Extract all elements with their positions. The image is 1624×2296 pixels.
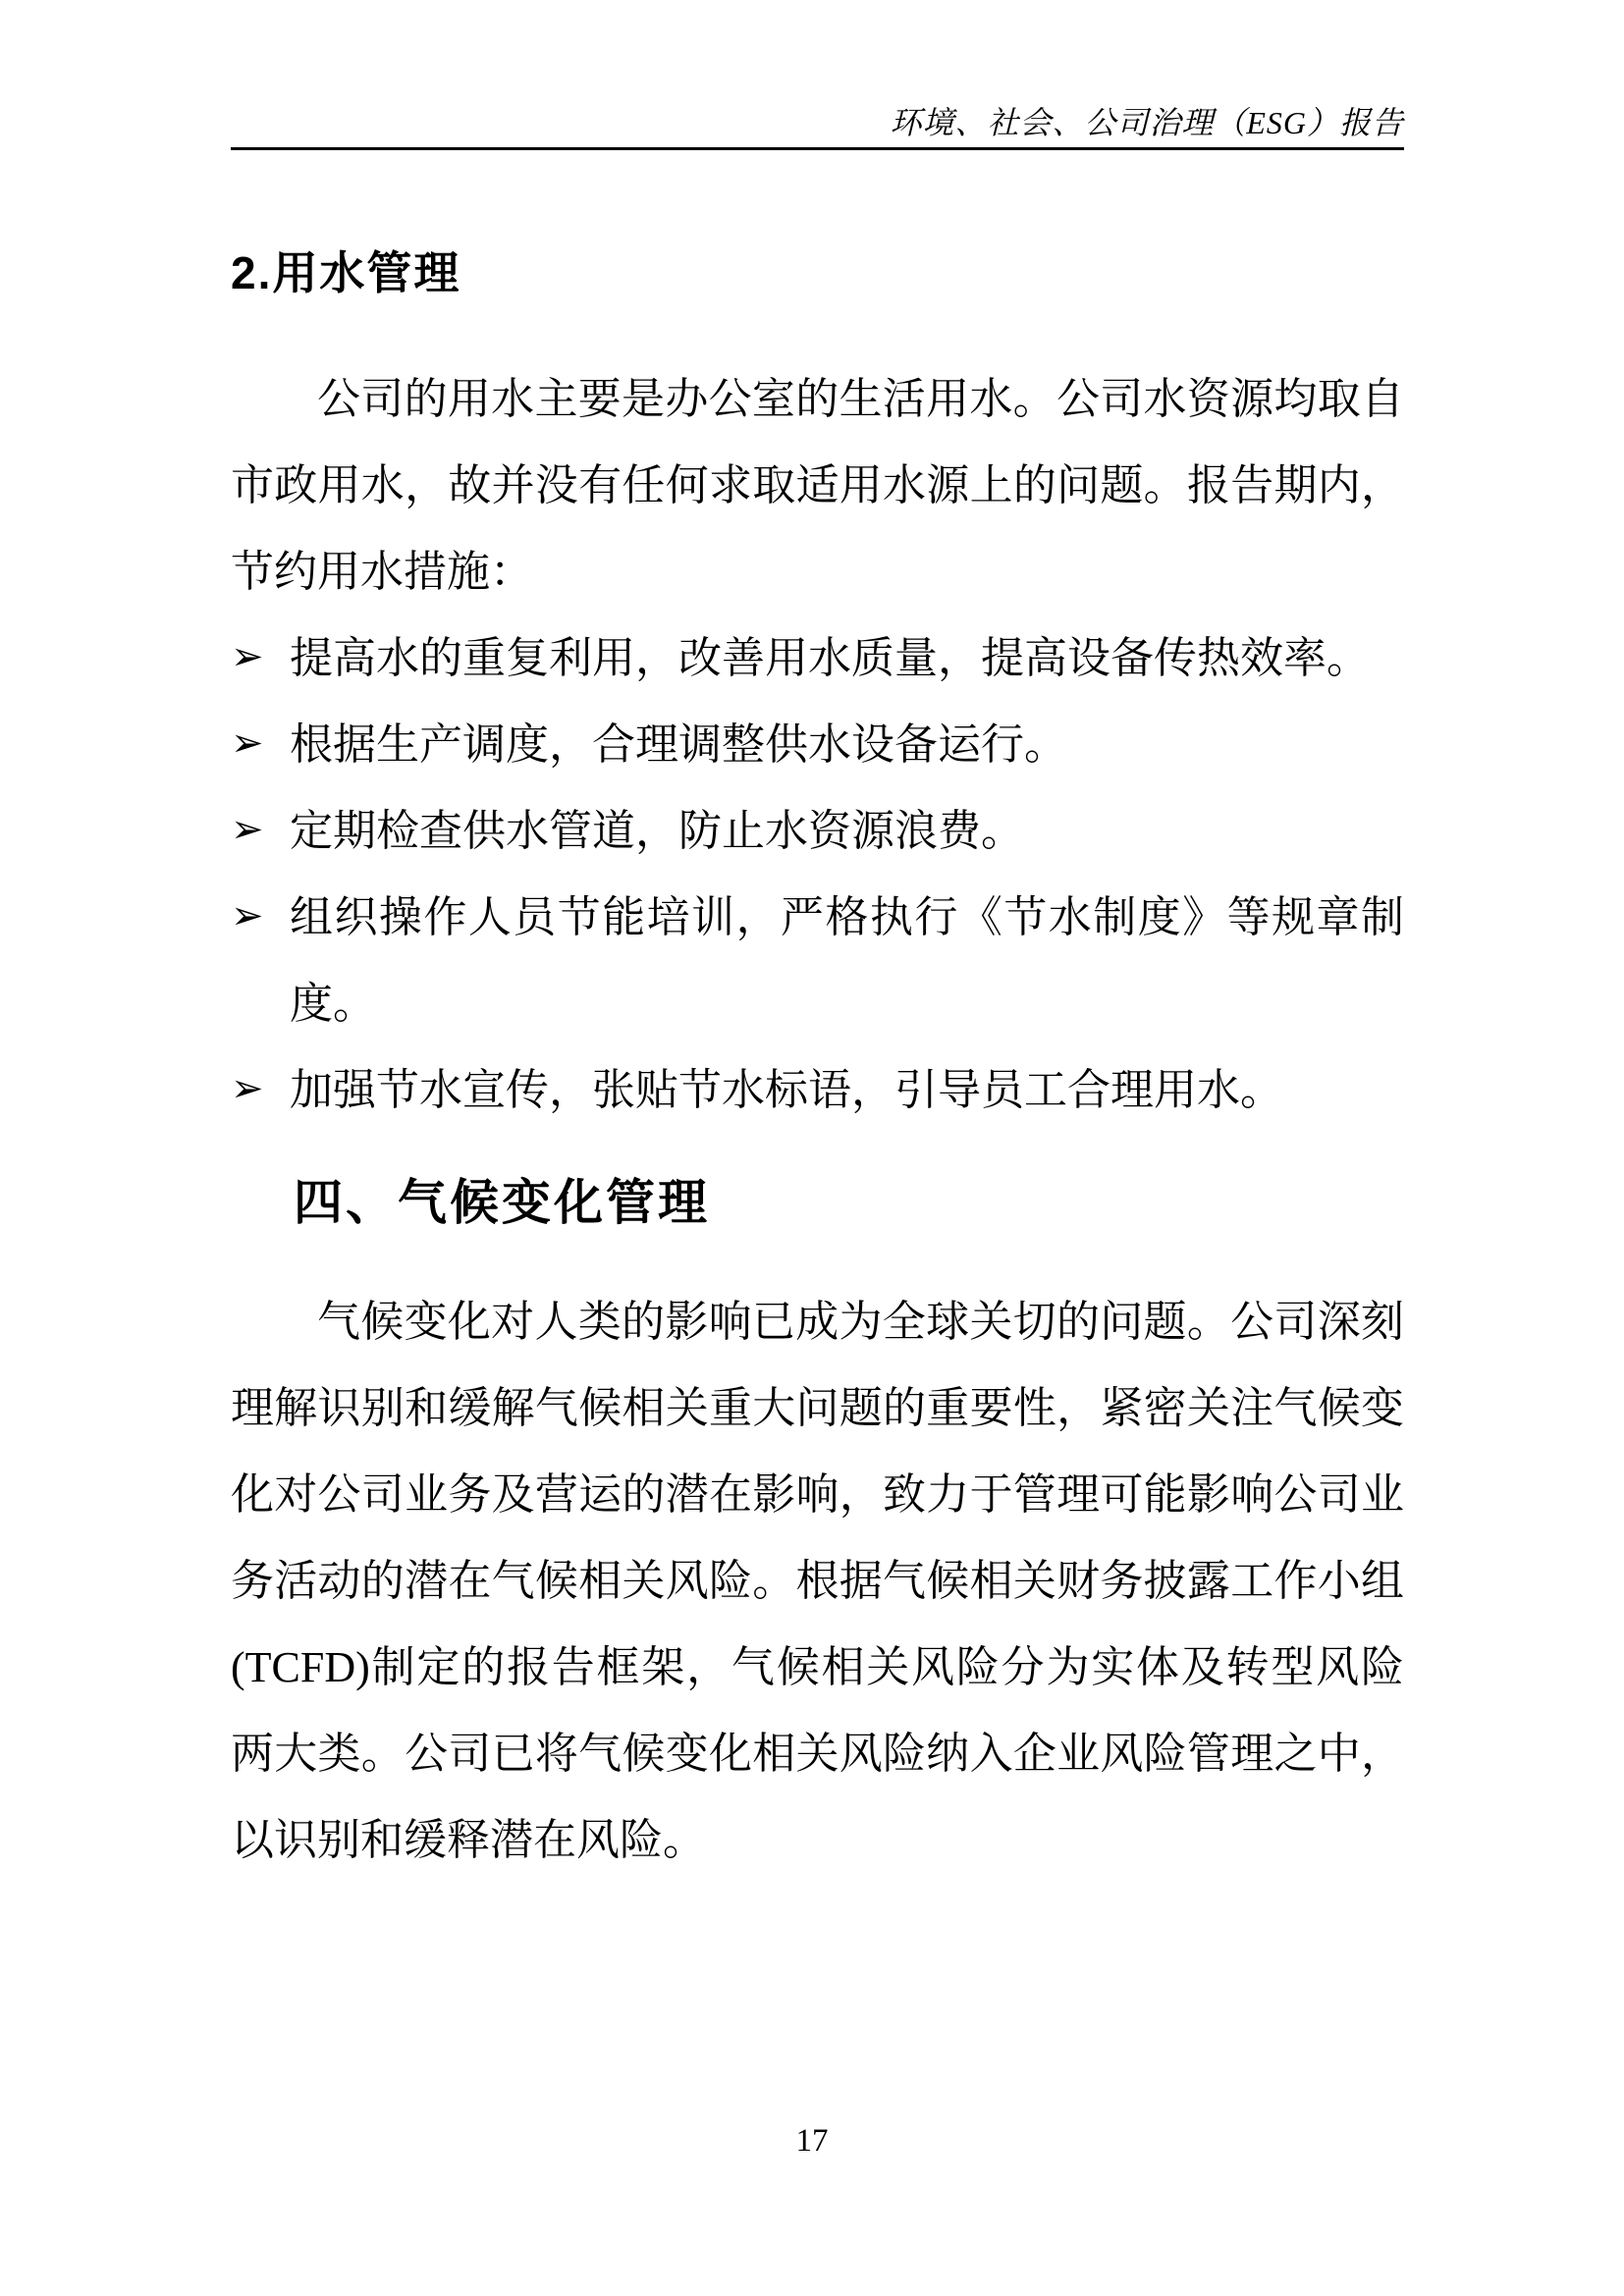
header-title: 环境、社会、公司治理（ESG）报告 [890,105,1404,140]
list-item: ➢ 组织操作人员节能培训，严格执行《节水制度》等规章制度。 [231,875,1404,1047]
arrow-bullet-icon: ➢ [231,1049,264,1128]
page-header: 环境、社会、公司治理（ESG）报告 [231,0,1404,150]
water-paragraph: 公司的用水主要是办公室的生活用水。公司水资源均取自市政用水，故并没有任何求取适用… [231,356,1404,615]
arrow-bullet-icon: ➢ [231,704,264,782]
list-item-text: 提高水的重复利用，改善用水质量，提高设备传热效率。 [290,634,1370,682]
page-number: 17 [796,2123,829,2159]
arrow-bullet-icon: ➢ [231,617,264,696]
list-item: ➢ 加强节水宣传，张贴节水标语，引导员工合理用水。 [231,1047,1404,1134]
list-item-text: 组织操作人员节能培训，严格执行《节水制度》等规章制度。 [290,893,1404,1028]
climate-paragraph: 气候变化对人类的影响已成为全球关切的问题。公司深刻理解识别和缓解气候相关重大问题… [231,1279,1404,1884]
list-item: ➢ 提高水的重复利用，改善用水质量，提高设备传热效率。 [231,615,1404,702]
page-content: 2.用水管理 公司的用水主要是办公室的生活用水。公司水资源均取自市政用水，故并没… [231,246,1404,1884]
document-page: 环境、社会、公司治理（ESG）报告 2.用水管理 公司的用水主要是办公室的生活用… [0,0,1624,2296]
water-bullet-list: ➢ 提高水的重复利用，改善用水质量，提高设备传热效率。 ➢ 根据生产调度，合理调… [231,615,1404,1134]
list-item-text: 根据生产调度，合理调整供水设备运行。 [290,721,1067,769]
arrow-bullet-icon: ➢ [231,877,264,955]
list-item-text: 定期检查供水管道，防止水资源浪费。 [290,807,1024,855]
list-item-text: 加强节水宣传，张贴节水标语，引导员工合理用水。 [290,1066,1283,1114]
page-footer: 17 [0,2123,1624,2160]
arrow-bullet-icon: ➢ [231,790,264,869]
list-item: ➢ 根据生产调度，合理调整供水设备运行。 [231,702,1404,788]
section-heading-water: 2.用水管理 [231,246,1404,300]
list-item: ➢ 定期检查供水管道，防止水资源浪费。 [231,788,1404,875]
section-heading-climate: 四、气候变化管理 [294,1173,1404,1232]
